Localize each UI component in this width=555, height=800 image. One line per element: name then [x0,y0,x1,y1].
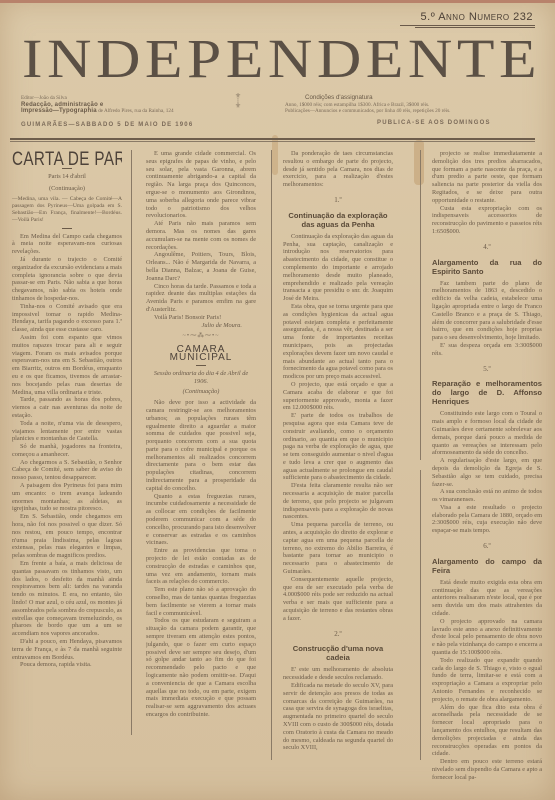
separator [196,365,206,366]
paragraph: Uma pequena parcella de terreno, ou ante… [283,521,393,576]
paragraph: Está desde muito exigida esta obra em co… [432,579,542,618]
paragraph: Cinco horas da tarde. Passamos e toda a … [146,283,256,314]
paragraph: A paisagem dos Pyrineus foi para mim um … [12,482,122,513]
paragraph: Toda a noite, n'uma via de desespero, vi… [12,420,122,443]
paragraph: A regularisação d'este largo, em que dep… [432,457,542,488]
paragraph: Todo realizado que expandir quando cada … [432,657,542,704]
paragraph: Angoulême, Poitiers, Tours, Blois, Orlea… [146,251,256,282]
paragraph: Faz tambem parte do plano de melhorament… [432,280,542,342]
subscription-publicacoes: Publicações—Annuncios e communicados, po… [285,108,535,115]
paragraph: Além do que fica dito esta obra é aconse… [432,704,542,759]
paragraph: Em frente a baía, a mais deliciosa de qu… [12,560,122,638]
paragraph: Todos os que estudaram e seguiram a situ… [146,617,256,718]
paragraph: E' parte de todos os trabalhos de pesqui… [283,412,393,482]
article-body: Não deve por isso a actividade da camara… [146,399,256,719]
paragraph: projecto se realise immediatamente a dem… [432,150,542,205]
paragraph: Assim foi com espanto que vimos muitos r… [12,334,122,396]
paragraph: Até Paris não mais paramos sem demora. M… [146,220,256,251]
paragraph: E' este um melhoramento de absoluta nece… [283,666,393,682]
issue-number: 5.º Anno Numero 232 [421,11,533,23]
column-3: Da ponderação de taes circumstancias res… [283,150,393,790]
section-heading: Reparação e melhoramentos do largo de D.… [432,379,542,406]
paragraph: O projecto, que está orçado e que a Cama… [283,381,393,412]
paragraph: Continuação da exploração das aguas da P… [283,233,393,303]
paragraph: D'ahi a pouco, em Hendaya, pisavamos ter… [12,638,122,661]
paragraph: E uma grande cidade commercial. Os seus … [146,150,256,220]
masthead-title: INDEPENDENTE [22,30,548,88]
newspaper-page: 5.º Anno Numero 232 INDEPENDENTE Editor—… [0,0,555,800]
intro-paragraph: Da ponderação de taes circumstancias res… [283,150,393,189]
section-heading: Alargamento da rua do Espirito Santo [432,258,542,276]
continuation-note: (Continuação) [146,388,256,396]
paragraph: Ao chegarmos a S. Sebastião, o Senhor Ca… [12,459,122,482]
paragraph: Voilà Paris! Bonsoir Paris! [146,314,256,322]
header-subscription-info: Condições d'assignatura Anno, 1$000 réis… [285,95,535,115]
paragraph: Custa esta expropriação com os indispens… [432,205,542,236]
paragraph: Tem este plano não só a aprovação do con… [146,586,256,617]
signature: Julio de Moura. [146,322,256,330]
paragraph: Visa a este resultado o projecto elabora… [432,504,542,535]
section-body: Continuação da exploração das aguas da P… [283,233,393,623]
column-rule [420,470,421,760]
paragraph: E' sua despeza orçada em 3:300$000 réis. [432,342,542,358]
crest-icon: ⚜⁞⚜ [234,94,242,114]
header-rule [10,141,535,142]
column-rule [271,150,272,760]
section-number: 2.º [283,631,393,639]
section-number: 6.º [432,543,542,551]
section-heading: Continuação da exploração das aguas da P… [283,211,393,229]
publication-days: PUBLICA-SE AOS DOMINGOS [377,120,491,126]
article-body: E uma grande cidade commercial. Os seus … [146,150,256,322]
session-note: Sessão ordinaria do dia 4 de Abril de 19… [146,370,256,386]
column-1: CARTA DE PARIS Paris 14 d'abril (Continu… [12,150,122,790]
paragraph: Em Medina del Campo cada chegamos à meia… [12,233,122,256]
paragraph: Dentro em pouco este terreno estará nive… [432,758,542,781]
continuation-note: (Continuação) [12,185,122,193]
section-number: 1.º [283,197,393,205]
ornament: ~•⁓⁂⁓•~ [146,332,256,340]
section-heading: Construcção d'uma nova cadeia [283,644,393,662]
paragraph: Tarde, passando as horas dos pobres, vie… [12,396,122,419]
paragraph: Consequentemente aquelle projecto, que e… [283,576,393,623]
column-rule [131,150,132,735]
impressao-line: Impressão—Typographia [21,108,97,114]
place-date: Paris 14 d'abril [12,173,122,181]
paragraph: Edificada na metade do seculo XV, para s… [283,682,393,752]
column-rule [420,150,421,460]
paragraph: Só de manhã, jogadores na fronteira, com… [12,443,122,459]
paragraph: Entre as providencias que toma o project… [146,547,256,586]
paragraph: Esta obra, que se torna urgente para que… [283,303,393,381]
header-publisher-info: Editor—João da Silva Redacção, administr… [21,95,231,115]
paragraph: O projecto approvado na camara lavrado e… [432,618,542,657]
section-heading: Alargamento do campo da Feira [432,557,542,575]
page-edge [0,0,555,3]
paragraph: Já durante o trajecto o Comité organizad… [12,256,122,303]
paragraph: Pouca demora, rapida visita. [12,661,122,669]
section-number: 5.º [432,366,542,374]
redaccao-line: Redacção, administração e [21,102,103,108]
section-number: 4.º [432,244,542,252]
section-heading-camara-municipal: CAMARA MUNICIPAL [146,346,256,362]
paragraph: Quanto a estas freguezias ruraes, incumb… [146,493,256,548]
article-body: Em Medina del Campo cada chegamos à meia… [12,233,122,670]
column-4: projecto se realise immediatamente a dem… [432,150,542,790]
dateline: GUIMARÃES—SABBADO 5 DE MAIO DE 1906 [21,122,193,128]
paragraph: Em S. Sebastião, onde chegamos em hora, … [12,513,122,560]
paragraph: Não deve por isso a actividade da camara… [146,399,256,493]
section-body: E' este um melhoramento de absoluta nece… [283,666,393,752]
article-summary: —Medina, uma vila. — Cabeça de Comité—A … [12,196,122,223]
column-2: E uma grande cidade commercial. Os seus … [146,150,256,790]
impressao-address: de Alfredo Pires, rua da Rainha, 124 [98,108,174,114]
separator [62,228,72,229]
article-heading-carta-de-paris: CARTA DE PARIS [12,156,100,164]
paragraph: Tinha-nos o Comité avisado que era impos… [12,303,122,334]
paragraph: A sua conclusão está no animo de todos o… [432,488,542,504]
header-rule [10,138,535,140]
paragraph: Constituindo este largo com o Toural o m… [432,410,542,457]
article-body: projecto se realise immediatamente a dem… [432,150,542,782]
paper-stain [414,140,424,185]
paragraph: D'esta feita claramente resulta não ser … [283,482,393,521]
issue-rule [400,25,535,26]
